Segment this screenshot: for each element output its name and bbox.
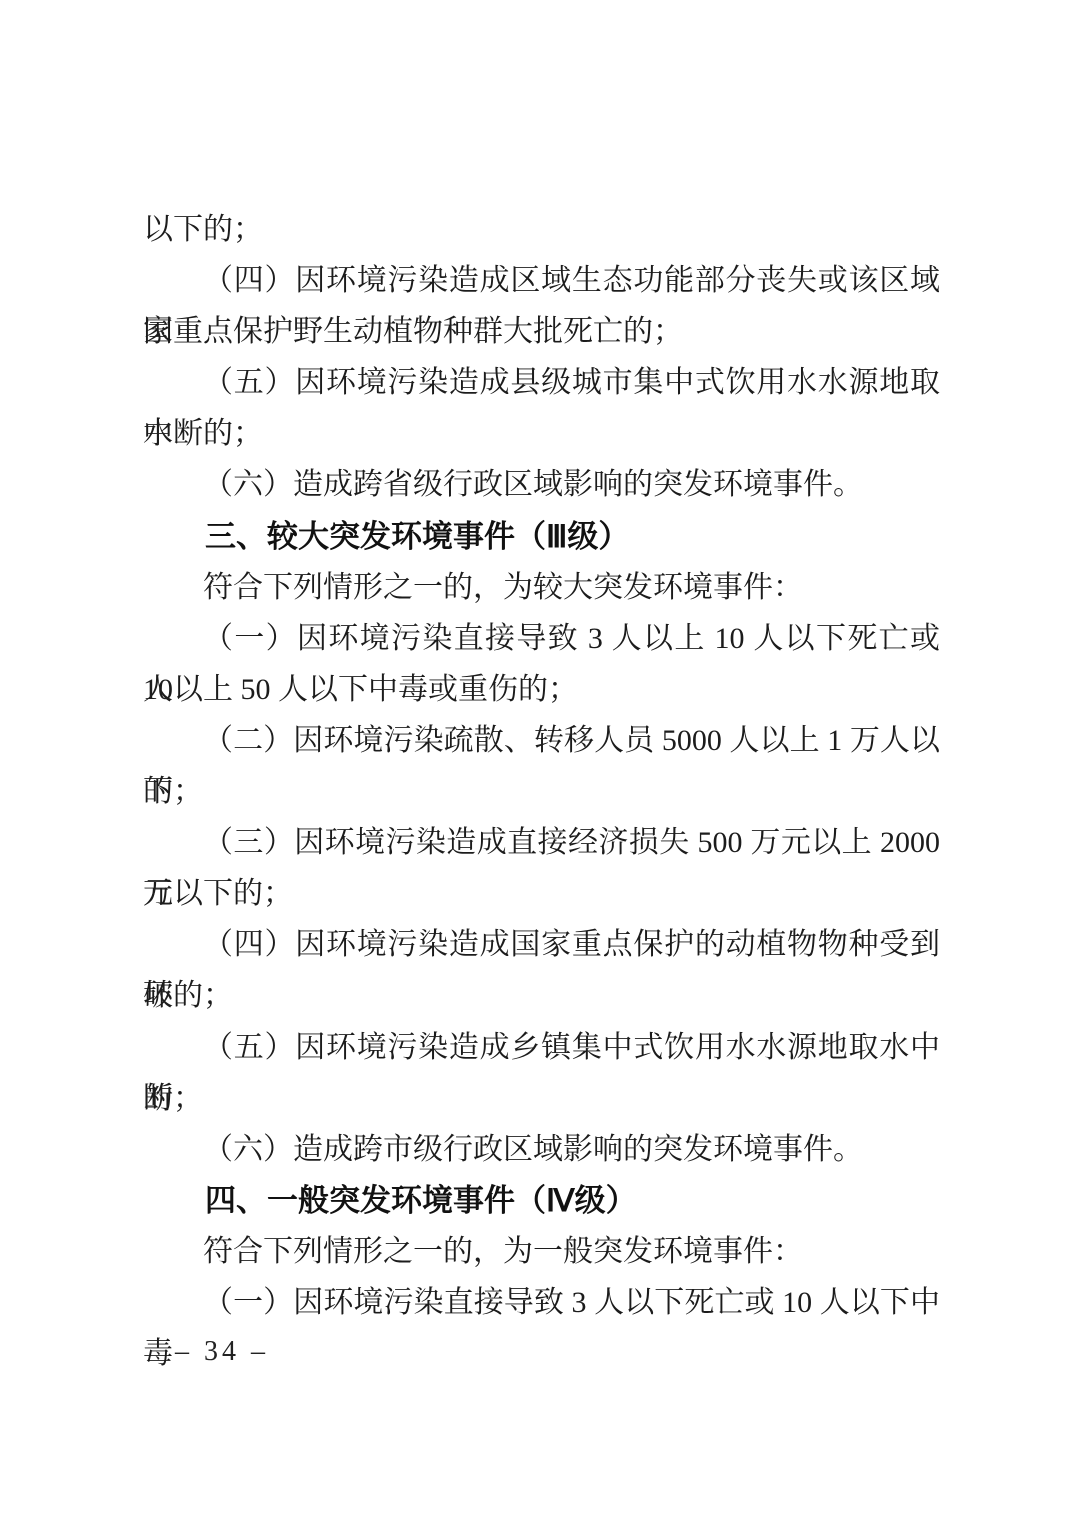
text-line: 元以下的；	[143, 868, 940, 919]
text-line: （二）因环境污染疏散、转移人员 5000 人以上 1 万人以下	[143, 715, 940, 766]
text-block: 以下的；（四）因环境污染造成区域生态功能部分丧失或该区域国家重点保护野生动植物种…	[143, 204, 940, 1328]
text-line: 以下的；	[143, 204, 940, 255]
text-line: 符合下列情形之一的，为较大突发环境事件：	[143, 562, 940, 613]
text-line: 人以上 50 人以下中毒或重伤的；	[143, 664, 940, 715]
document-page: 以下的；（四）因环境污染造成区域生态功能部分丧失或该区域国家重点保护野生动植物种…	[0, 0, 1074, 1520]
text-line: 家重点保护野生动植物种群大批死亡的；	[143, 306, 940, 357]
text-line: 的；	[143, 766, 940, 817]
text-line: （五）因环境污染造成乡镇集中式饮用水水源地取水中断	[143, 1022, 940, 1073]
text-line: 符合下列情形之一的，为一般突发环境事件：	[143, 1226, 940, 1277]
text-line: （五）因环境污染造成县级城市集中式饮用水水源地取水	[143, 357, 940, 408]
text-line: （四）因环境污染造成国家重点保护的动植物物种受到破	[143, 919, 940, 970]
text-line: （三）因环境污染造成直接经济损失 500 万元以上 2000 万	[143, 817, 940, 868]
page-number: – 34 –	[175, 1336, 269, 1368]
text-line: 中断的；	[143, 408, 940, 459]
text-line: （六）造成跨省级行政区域影响的突发环境事件。	[143, 459, 940, 510]
text-line: （四）因环境污染造成区域生态功能部分丧失或该区域国	[143, 255, 940, 306]
text-line: （六）造成跨市级行政区域影响的突发环境事件。	[143, 1124, 940, 1175]
text-line: 坏的；	[143, 970, 940, 1021]
text-line: 的；	[143, 1073, 940, 1124]
section-heading: 四、一般突发环境事件（Ⅳ级）	[143, 1175, 940, 1226]
text-line: （一）因环境污染直接导致 3 人以下死亡或 10 人以下中毒	[143, 1277, 940, 1328]
text-line: （一）因环境污染直接导致 3 人以上 10 人以下死亡或 10	[143, 613, 940, 664]
section-heading: 三、较大突发环境事件（Ⅲ级）	[143, 511, 940, 562]
